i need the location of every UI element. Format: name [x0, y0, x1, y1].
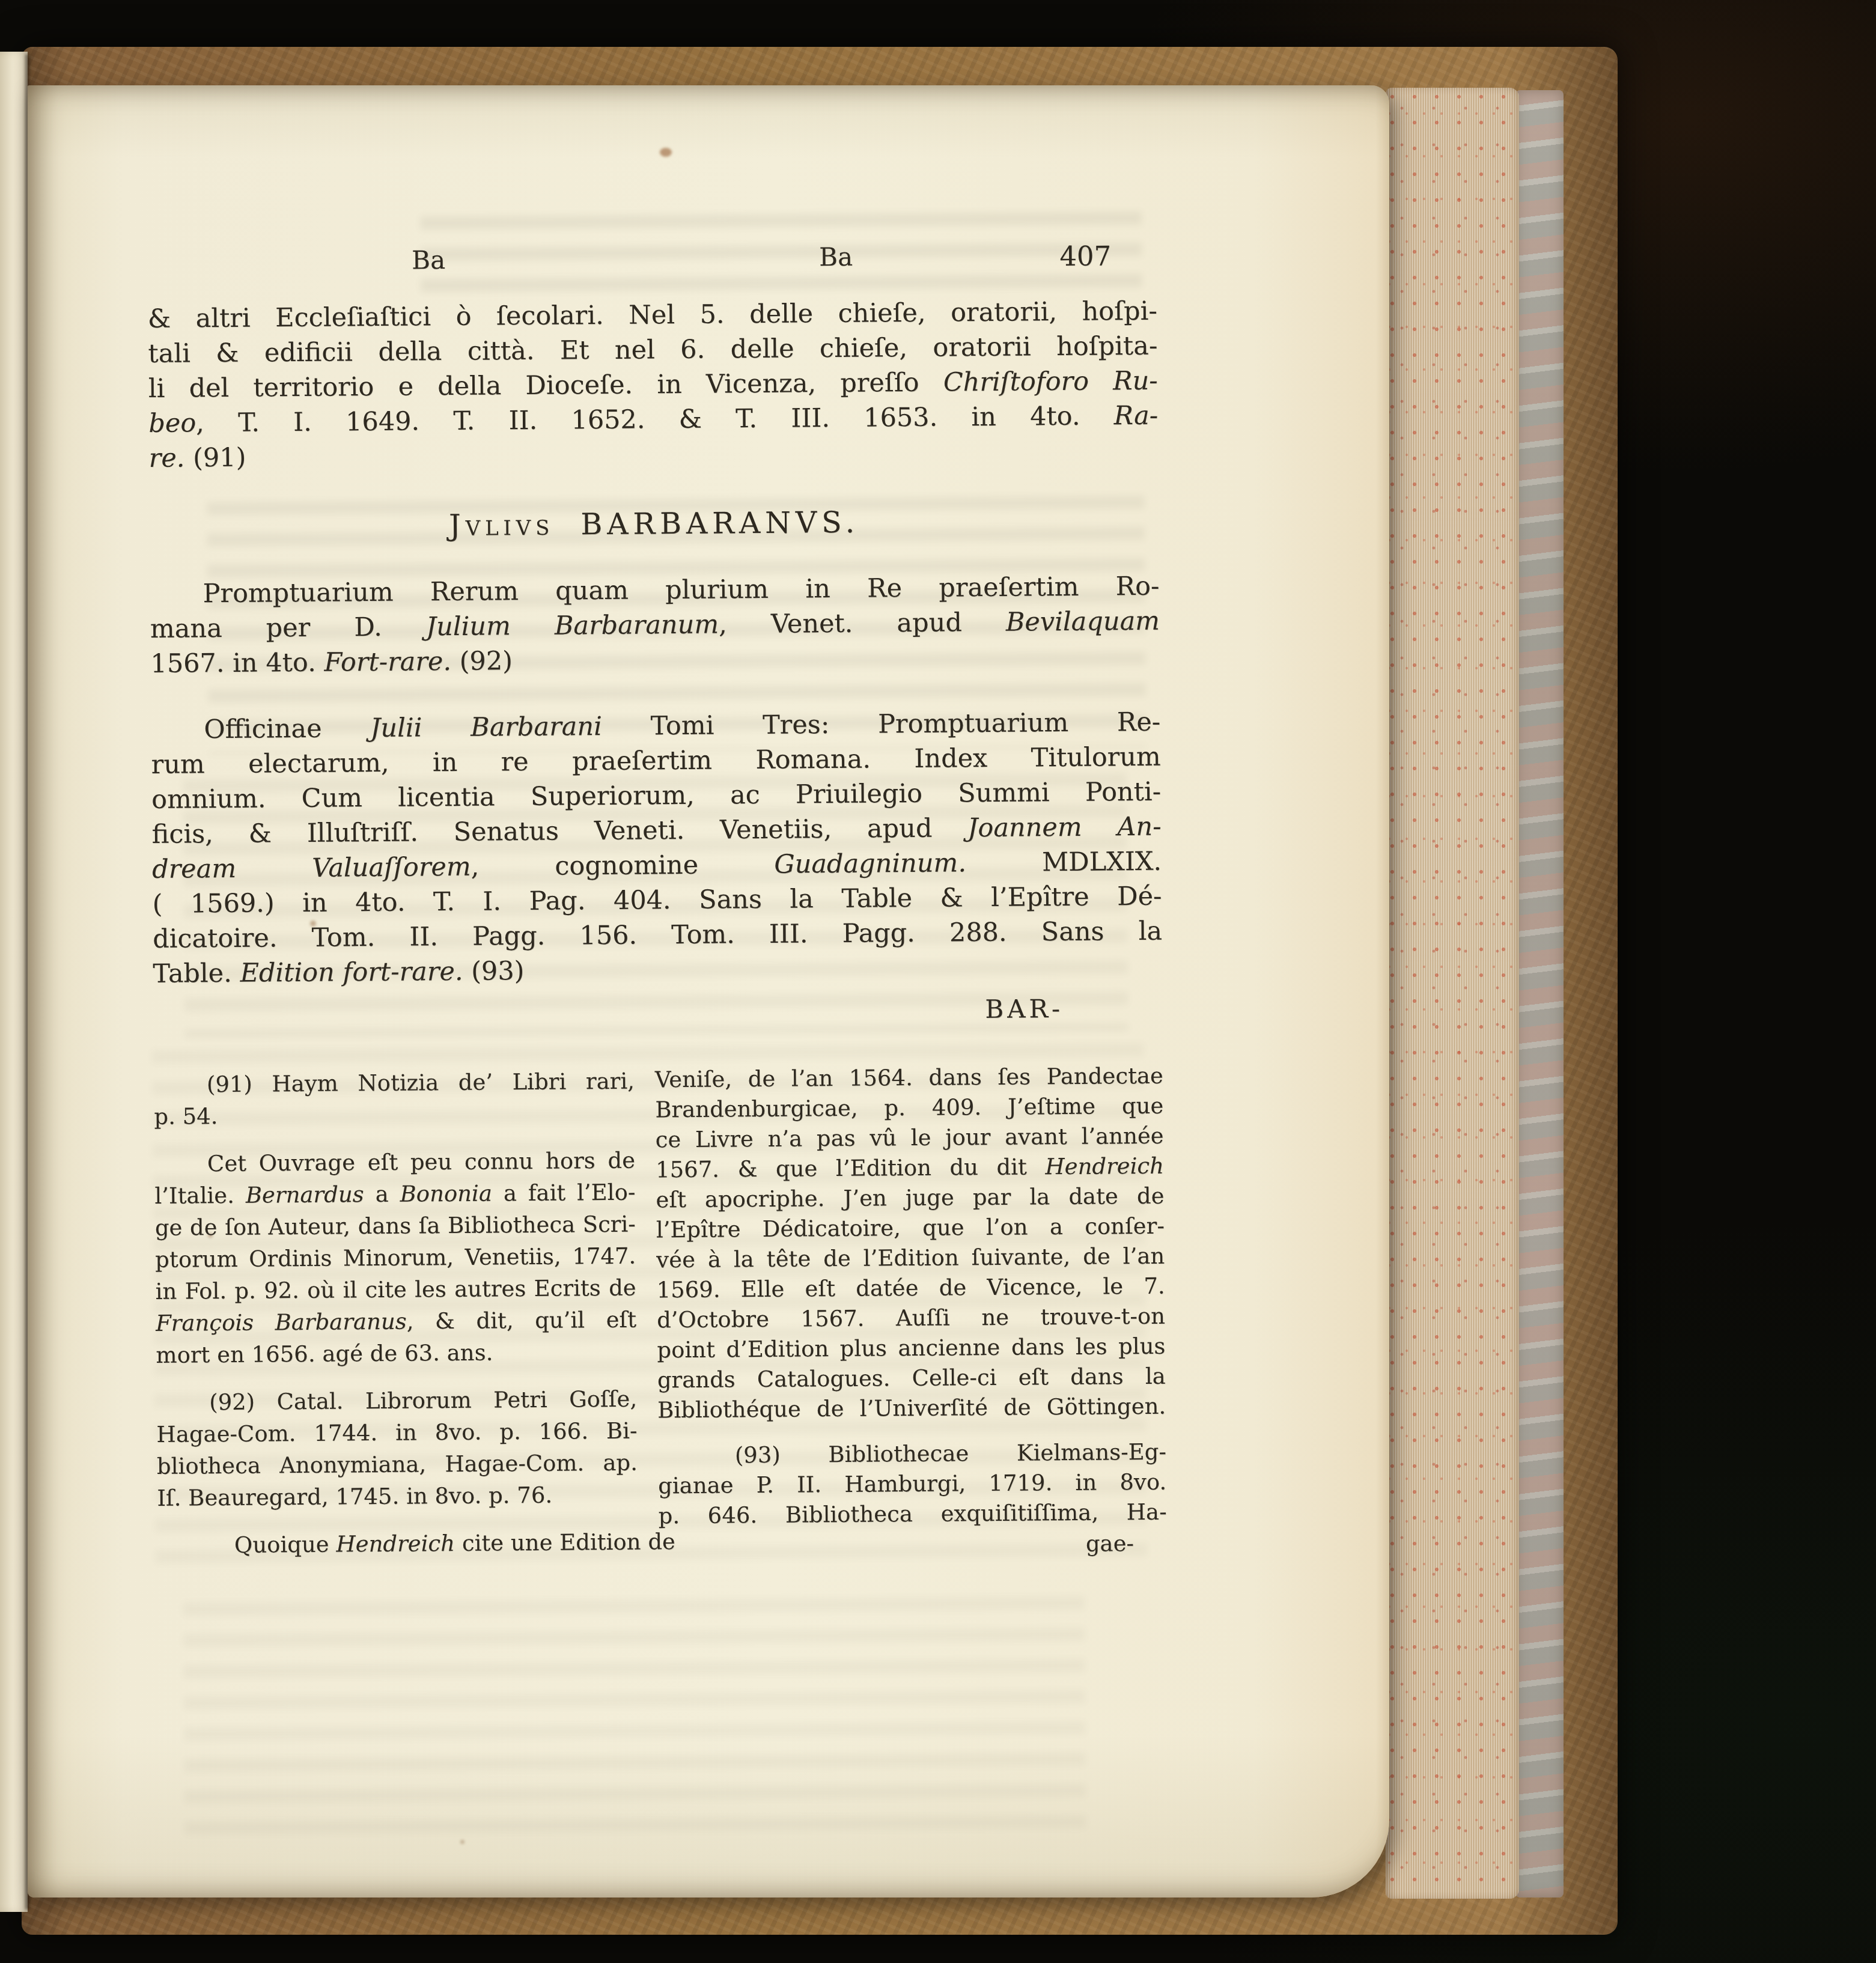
text-line: vée à la tête de l’Edition ſuivante, de …: [656, 1241, 1165, 1276]
running-title-center: Ba: [819, 242, 853, 272]
text-line: 1567. in 4to. Fort-rare. (92): [150, 639, 1160, 681]
entry-heading-surname: BARBARANVS.: [580, 505, 859, 542]
foxing-spot: [460, 1840, 464, 1844]
text-line: grands Catalogues. Celle-ci eſt dans la: [657, 1362, 1166, 1396]
text-line: (92) Catal. Librorum Petri Goſſe,: [156, 1383, 637, 1419]
facing-page-sliver: [0, 52, 28, 1912]
paragraph-promptuarium: Promptuarium Rerum quam plurium in Re pr…: [150, 569, 1160, 681]
paragraph-continuation: & altri Eccleſiaſtici ò ſecolari. Nel 5.…: [148, 294, 1159, 476]
marbled-endpaper-edge: [1515, 90, 1564, 1898]
text-line: Brandenburgicae, p. 409. J’eſtime que: [655, 1091, 1163, 1125]
footnotes-section: (91) Haym Notizia de’ Libri rari,p. 54.C…: [154, 1061, 1167, 1566]
entry-heading: JvlivsBARBARANVS.: [149, 503, 1159, 550]
footnote-column-right: Veniſe, de l’an 1564. dans ſes Pandectae…: [655, 1061, 1167, 1563]
text-line: Quoique Hendreich cite une Edition de: [157, 1526, 638, 1562]
text-line: l’Epître Dédicatoire, que l’on a conſer-: [656, 1211, 1165, 1246]
text-line: point d’Edition plus ancienne dans les p…: [657, 1331, 1165, 1366]
text-line: eſt apocriphe. J’en juge par la date de: [656, 1181, 1164, 1216]
text-line: p. 54.: [154, 1097, 635, 1133]
text-line: 1569. Elle eſt datée de Vicence, le 7.: [656, 1271, 1165, 1306]
text-line: François Barbaranus, & dit, qu’il eſt: [156, 1304, 636, 1339]
text-line: mort en 1656. agé de 63. ans.: [156, 1336, 636, 1371]
text-line: Veniſe, de l’an 1564. dans ſes Pandectae: [655, 1061, 1163, 1095]
text-line: Hagae-Com. 1744. in 8vo. p. 166. Bi-: [156, 1415, 637, 1450]
text-line: Table. Edition fort-rare. (93): [153, 949, 1162, 991]
text-line: ptorum Ordinis Minorum, Venetiis, 1747.: [155, 1240, 636, 1276]
text-line: in Fol. p. 92. où il cite les autres Ecr…: [155, 1272, 636, 1307]
entry-heading-first-name: Jvlivs: [449, 508, 555, 543]
text-line: bliotheca Anonymiana, Hagae-Com. ap.: [157, 1447, 638, 1482]
text-line: Bibliothéque de l’Univerſité de Göttinge…: [657, 1392, 1166, 1426]
bleed-through-ghost: [183, 1596, 1086, 1843]
text-line: ge de ſon Auteur, dans ſa Bibliotheca Sc…: [155, 1208, 636, 1244]
text-line: Iſ. Beauregard, 1745. in 8vo. p. 76.: [157, 1479, 638, 1514]
text-line: 1567. & que l’Edition du dit Hendreich: [656, 1151, 1164, 1185]
text-line: l’Italie. Bernardus a Bononia a fait l’E…: [154, 1176, 635, 1212]
text-line: (91) Haym Notizia de’ Libri rari,: [154, 1065, 635, 1101]
text-line: p. 646. Bibliotheca exquiſitiſſima, Ha-: [658, 1497, 1166, 1532]
catchword: BAR-: [153, 993, 1163, 1030]
paragraph-officinae: Officinae Julii Barbarani Tomi Tres: Pro…: [151, 705, 1163, 991]
footnote-right-lines: Veniſe, de l’an 1564. dans ſes Pandectae…: [655, 1061, 1167, 1532]
footnote-catchword: gae-: [659, 1529, 1167, 1563]
printed-text-block: Ba Ba 407 & altri Eccleſiaſtici ò ſecola…: [147, 240, 1167, 1566]
footnote-column-left: (91) Haym Notizia de’ Libri rari,p. 54.C…: [154, 1065, 638, 1566]
text-line: gianae P. II. Hamburgi, 1719. in 8vo.: [658, 1467, 1166, 1502]
text-line: Cet Ouvrage eſt peu connu hors de: [154, 1145, 635, 1180]
foxing-spot: [660, 148, 672, 157]
text-line: d’Octobre 1567. Auſſi ne trouve-t-on: [657, 1301, 1165, 1336]
text-line: (93) Bibliothecae Kielmans-Eg-: [658, 1437, 1166, 1471]
page-number: 407: [1059, 240, 1111, 272]
page-block-fore-edge: [1386, 88, 1519, 1899]
text-line: ce Livre n’a pas vû le jour avant l’anné…: [655, 1121, 1163, 1155]
running-title-left: Ba: [412, 245, 445, 275]
